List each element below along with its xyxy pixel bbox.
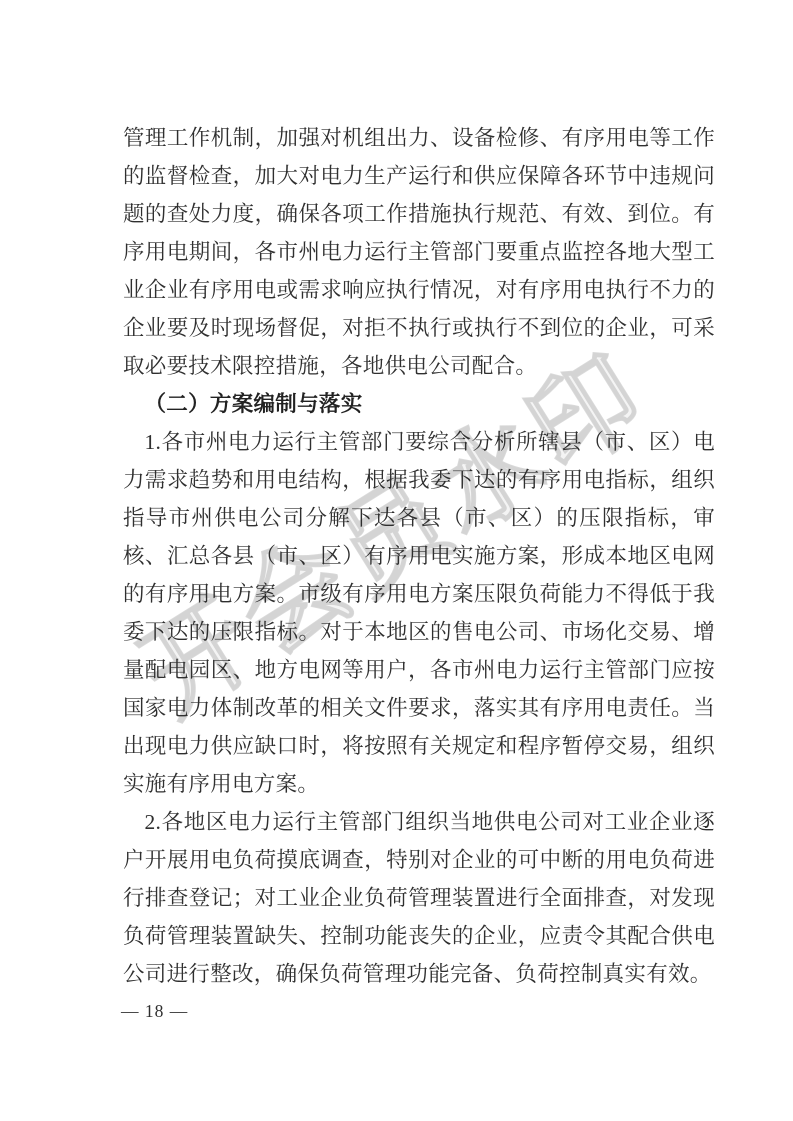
document-page: 开会员水印 管理工作机制，加强对机组出力、设备检修、有序用电等工作的监督检查，加…	[0, 0, 793, 1121]
page-number: — 18 —	[121, 1001, 188, 1022]
paragraph-continuation: 管理工作机制，加强对机组出力、设备检修、有序用电等工作的监督检查，加大对电力生产…	[123, 119, 715, 385]
document-body: 管理工作机制，加强对机组出力、设备检修、有序用电等工作的监督检查，加大对电力生产…	[123, 119, 715, 993]
paragraph-item-2: 2.各地区电力运行主管部门组织当地供电公司对工业企业逐户开展用电负荷摸底调查，特…	[123, 803, 715, 993]
section-heading: （二）方案编制与落实	[123, 385, 715, 423]
paragraph-item-1: 1.各市州电力运行主管部门要综合分析所辖县（市、区）电力需求趋势和用电结构，根据…	[123, 423, 715, 803]
